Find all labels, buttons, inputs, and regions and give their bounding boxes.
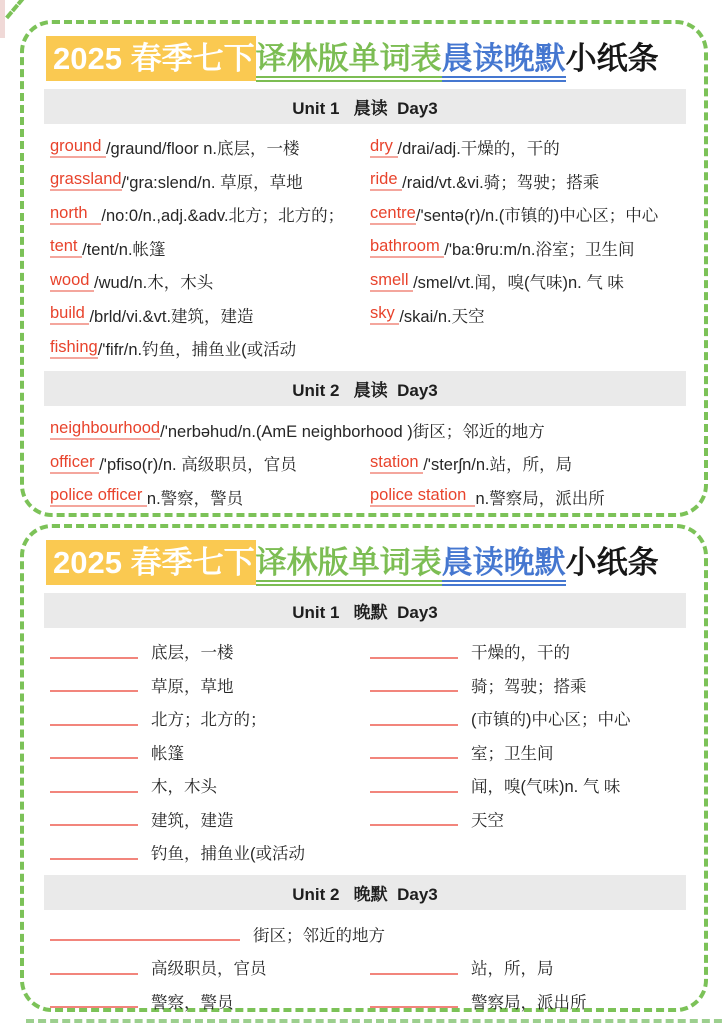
unit1-recall-columns: 底层，一楼 草原，草地 北方；北方的； 帐篷 木，木头 建筑，建造 钓鱼，捕鱼业… bbox=[44, 635, 686, 870]
recall-row: 高级职员，官员 bbox=[50, 951, 370, 985]
vocab-row: build /brld/vi.&vt.建筑，建造 bbox=[50, 298, 370, 332]
answer-blank-long[interactable] bbox=[50, 926, 240, 941]
unit2-reading-header: Unit 2 晨读 Day3 bbox=[44, 371, 686, 406]
title-term-highlight: 2025 春季七下 bbox=[46, 540, 256, 585]
vocab-word: ground bbox=[50, 137, 106, 158]
definition-text: 帐篷 bbox=[151, 740, 184, 764]
title-mode-name: 晨读晚默 bbox=[442, 41, 566, 82]
definition-text: (市镇的)中心区；中心 bbox=[471, 706, 631, 730]
answer-blank[interactable] bbox=[370, 677, 458, 692]
vocab-text: /smel/vt.闻，嗅(气味)n. 气 味 bbox=[413, 269, 624, 293]
unit1-reading-left-column: ground /graund/floor n.底层，一楼 grassland/'… bbox=[50, 131, 370, 366]
vocab-text: n.警察，警员 bbox=[147, 485, 243, 509]
vocab-row: north /no:0/n.,adj.&adv.北方；北方的； bbox=[50, 198, 370, 232]
unit2-recall-right-column: 站，所，局 警察局，派出所 bbox=[370, 951, 686, 1018]
vocab-word: smell bbox=[370, 271, 413, 292]
vocab-row: fishing/'fifr/n.钓鱼，捕鱼业(或活动 bbox=[50, 332, 370, 366]
definition-text: 骑；驾驶；搭乘 bbox=[471, 673, 587, 697]
vocab-word: centre bbox=[370, 204, 416, 225]
unit1-reading-columns: ground /graund/floor n.底层，一楼 grassland/'… bbox=[44, 131, 686, 366]
vocab-text: n.警察局，派出所 bbox=[475, 485, 604, 509]
recall-row: 警察，警员 bbox=[50, 984, 370, 1018]
unit2-reading-columns: officer /'pfiso(r)/n. 高级职员，官员 police off… bbox=[44, 447, 686, 514]
vocab-row: bathroom /'ba:θru:m/n.浴室；卫生间 bbox=[370, 231, 686, 265]
vocab-word: dry bbox=[370, 137, 398, 158]
answer-blank[interactable] bbox=[50, 778, 138, 793]
previous-sheet-corner-dash bbox=[5, 0, 25, 19]
next-sheet-border-peek bbox=[26, 1019, 726, 1023]
definition-text: 木，木头 bbox=[151, 773, 217, 797]
vocab-row-full: neighbourhood/'nerbəhud/n.(AmE neighborh… bbox=[44, 413, 686, 447]
unit2-reading-right-column: station /'sterʃn/n.站，所，局 police station … bbox=[370, 447, 686, 514]
title-book-name: 译林版单词表 bbox=[256, 41, 442, 82]
answer-blank[interactable] bbox=[50, 744, 138, 759]
answer-blank[interactable] bbox=[370, 744, 458, 759]
definition-text: 站，所，局 bbox=[471, 955, 554, 979]
vocab-word: wood bbox=[50, 271, 94, 292]
vocab-text: /wud/n.木，木头 bbox=[94, 269, 213, 293]
vocab-row: grassland/'gra:slend/n. 草原，草地 bbox=[50, 164, 370, 198]
answer-blank[interactable] bbox=[370, 960, 458, 975]
vocab-text: /skai/n.天空 bbox=[399, 303, 484, 327]
vocab-row: dry /drai/adj.干燥的，干的 bbox=[370, 131, 686, 165]
vocab-word: neighbourhood bbox=[50, 419, 160, 440]
vocab-word: ride bbox=[370, 170, 402, 191]
unit1-recall-header: Unit 1 晚默 Day3 bbox=[44, 593, 686, 628]
recall-row: 钓鱼，捕鱼业(或活动 bbox=[50, 836, 370, 870]
answer-blank[interactable] bbox=[370, 644, 458, 659]
answer-blank[interactable] bbox=[370, 811, 458, 826]
recall-row: 草原，草地 bbox=[50, 668, 370, 702]
vocab-text: /brld/vi.&vt.建筑，建造 bbox=[89, 303, 253, 327]
page-edge-artifact bbox=[0, 0, 5, 38]
vocab-text: /graund/floor n.底层，一楼 bbox=[106, 135, 300, 159]
recall-row: (市镇的)中心区；中心 bbox=[370, 702, 686, 736]
vocab-row: ride /raid/vt.&vi.骑；驾驶；搭乘 bbox=[370, 164, 686, 198]
title-mode-name: 晨读晚默 bbox=[442, 545, 566, 586]
vocab-word: sky bbox=[370, 304, 399, 325]
unit2-recall-left-column: 高级职员，官员 警察，警员 bbox=[50, 951, 370, 1018]
answer-blank[interactable] bbox=[50, 811, 138, 826]
vocab-text: /raid/vt.&vi.骑；驾驶；搭乘 bbox=[402, 169, 599, 193]
definition-text: 街区；邻近的地方 bbox=[253, 922, 385, 946]
sheet-reading: 2025 春季七下译林版单词表晨读晚默小纸条 Unit 1 晨读 Day3 gr… bbox=[20, 20, 708, 517]
vocab-word: fishing bbox=[50, 338, 98, 359]
vocab-row: officer /'pfiso(r)/n. 高级职员，官员 bbox=[50, 447, 370, 481]
vocab-row: centre/'sentə(r)/n.(市镇的)中心区；中心 bbox=[370, 198, 686, 232]
unit2-recall-header: Unit 2 晚默 Day3 bbox=[44, 875, 686, 910]
vocab-row: police officer n.警察，警员 bbox=[50, 480, 370, 514]
answer-blank[interactable] bbox=[370, 711, 458, 726]
vocab-word: bathroom bbox=[370, 237, 444, 258]
recall-row: 站，所，局 bbox=[370, 951, 686, 985]
answer-blank[interactable] bbox=[50, 677, 138, 692]
vocab-row: station /'sterʃn/n.站，所，局 bbox=[370, 447, 686, 481]
answer-blank[interactable] bbox=[50, 960, 138, 975]
answer-blank[interactable] bbox=[50, 845, 138, 860]
vocab-text: /'pfiso(r)/n. 高级职员，官员 bbox=[99, 451, 297, 475]
title-term-highlight: 2025 春季七下 bbox=[46, 36, 256, 81]
definition-text: 底层，一楼 bbox=[151, 639, 234, 663]
vocab-text: /tent/n.帐篷 bbox=[82, 236, 165, 260]
worksheet-title: 2025 春季七下译林版单词表晨读晚默小纸条 bbox=[46, 540, 686, 587]
definition-text: 建筑，建造 bbox=[151, 807, 234, 831]
answer-blank[interactable] bbox=[370, 778, 458, 793]
recall-row: 警察局，派出所 bbox=[370, 984, 686, 1018]
answer-blank[interactable] bbox=[370, 993, 458, 1008]
recall-row: 骑；驾驶；搭乘 bbox=[370, 668, 686, 702]
answer-blank[interactable] bbox=[50, 993, 138, 1008]
vocab-text: /no:0/n.,adj.&adv.北方；北方的； bbox=[101, 202, 344, 226]
vocab-word: tent bbox=[50, 237, 82, 258]
vocab-text: /'sterʃn/n.站，所，局 bbox=[423, 451, 572, 475]
unit2-reading-left-column: officer /'pfiso(r)/n. 高级职员，官员 police off… bbox=[50, 447, 370, 514]
vocab-word: north bbox=[50, 204, 101, 225]
unit1-recall-left-column: 底层，一楼 草原，草地 北方；北方的； 帐篷 木，木头 建筑，建造 钓鱼，捕鱼业… bbox=[50, 635, 370, 870]
worksheet-title: 2025 春季七下译林版单词表晨读晚默小纸条 bbox=[46, 36, 686, 83]
definition-text: 警察，警员 bbox=[151, 989, 234, 1013]
title-suffix: 小纸条 bbox=[566, 41, 659, 76]
recall-row: 底层，一楼 bbox=[50, 635, 370, 669]
vocab-word: grassland bbox=[50, 170, 122, 191]
recall-row: 闻，嗅(气味)n. 气 味 bbox=[370, 769, 686, 803]
definition-text: 干燥的，干的 bbox=[471, 639, 570, 663]
vocab-row: tent /tent/n.帐篷 bbox=[50, 231, 370, 265]
vocab-word: officer bbox=[50, 453, 99, 474]
unit1-recall-right-column: 干燥的，干的 骑；驾驶；搭乘 (市镇的)中心区；中心 室；卫生间 闻，嗅(气味)… bbox=[370, 635, 686, 870]
vocab-text: /'ba:θru:m/n.浴室；卫生间 bbox=[444, 236, 634, 260]
vocab-row: wood /wud/n.木，木头 bbox=[50, 265, 370, 299]
vocab-text: /'gra:slend/n. 草原，草地 bbox=[122, 169, 303, 193]
definition-text: 室；卫生间 bbox=[471, 740, 554, 764]
recall-row: 建筑，建造 bbox=[50, 802, 370, 836]
vocab-text: /drai/adj.干燥的，干的 bbox=[398, 135, 560, 159]
vocab-row: police station n.警察局，派出所 bbox=[370, 480, 686, 514]
vocab-word: police station bbox=[370, 486, 475, 507]
recall-row: 天空 bbox=[370, 802, 686, 836]
definition-text: 警察局，派出所 bbox=[471, 989, 587, 1013]
unit1-reading-right-column: dry /drai/adj.干燥的，干的 ride /raid/vt.&vi.骑… bbox=[370, 131, 686, 366]
vocab-text: /'sentə(r)/n.(市镇的)中心区；中心 bbox=[416, 202, 658, 226]
definition-text: 天空 bbox=[471, 807, 504, 831]
recall-row-full: 街区；邻近的地方 bbox=[44, 917, 686, 951]
definition-text: 北方；北方的； bbox=[151, 706, 267, 730]
definition-text: 草原，草地 bbox=[151, 673, 234, 697]
title-book-name: 译林版单词表 bbox=[256, 545, 442, 586]
vocab-row: sky /skai/n.天空 bbox=[370, 298, 686, 332]
unit2-recall-columns: 高级职员，官员 警察，警员 站，所，局 警察局，派出所 bbox=[44, 951, 686, 1018]
title-suffix: 小纸条 bbox=[566, 545, 659, 580]
answer-blank[interactable] bbox=[50, 644, 138, 659]
recall-row: 干燥的，干的 bbox=[370, 635, 686, 669]
recall-row: 北方；北方的； bbox=[50, 702, 370, 736]
vocab-word: build bbox=[50, 304, 89, 325]
definition-text: 高级职员，官员 bbox=[151, 955, 267, 979]
vocab-text: /'nerbəhud/n.(AmE neighborhood )街区；邻近的地方 bbox=[160, 418, 545, 442]
vocab-row: ground /graund/floor n.底层，一楼 bbox=[50, 131, 370, 165]
answer-blank[interactable] bbox=[50, 711, 138, 726]
vocab-word: police officer bbox=[50, 486, 147, 507]
recall-row: 木，木头 bbox=[50, 769, 370, 803]
sheet-recall: 2025 春季七下译林版单词表晨读晚默小纸条 Unit 1 晚默 Day3 底层… bbox=[20, 524, 708, 1012]
definition-text: 钓鱼，捕鱼业(或活动 bbox=[151, 840, 305, 864]
unit1-reading-header: Unit 1 晨读 Day3 bbox=[44, 89, 686, 124]
definition-text: 闻，嗅(气味)n. 气 味 bbox=[471, 773, 620, 797]
vocab-row: smell /smel/vt.闻，嗅(气味)n. 气 味 bbox=[370, 265, 686, 299]
recall-row: 帐篷 bbox=[50, 735, 370, 769]
vocab-text: /'fifr/n.钓鱼，捕鱼业(或活动 bbox=[98, 336, 296, 360]
recall-row: 室；卫生间 bbox=[370, 735, 686, 769]
vocab-word: station bbox=[370, 453, 423, 474]
